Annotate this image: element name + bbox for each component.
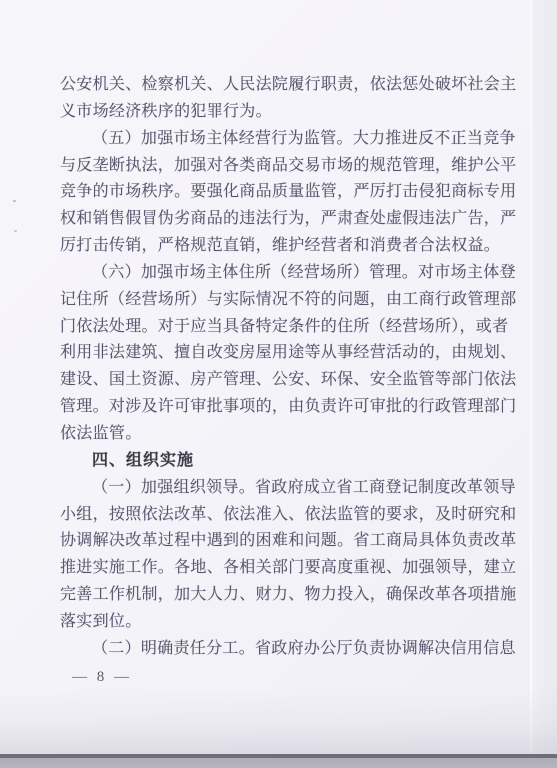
section-heading-organization: 四、组织实施 bbox=[60, 448, 530, 475]
page-number: — 8 — bbox=[72, 668, 132, 686]
paragraph-start-item-1: （一）加强组织领导。省政府成立省工商登记制度改革领导 bbox=[60, 475, 530, 502]
text-line: 落实到位。 bbox=[60, 609, 530, 636]
paragraph-start-item-6: （六）加强市场主体住所（经营场所）管理。对市场主体登 bbox=[60, 260, 530, 287]
text-line: 管理。对涉及许可审批事项的，由负责许可审批的行政管理部门 bbox=[60, 394, 530, 421]
document-body: 公安机关、检察机关、人民法院履行职责，依法惩处破坏社会主 义市场经济秩序的犯罪行… bbox=[60, 72, 530, 663]
text-line: 竞争的市场秩序。要强化商品质量监管，严厉打击侵犯商标专用 bbox=[60, 179, 530, 206]
text-line: 厉打击传销，严格规范直销，维护经营者和消费者合法权益。 bbox=[60, 233, 530, 260]
text-line: 门依法处理。对于应当具备特定条件的住所（经营场所），或者 bbox=[60, 314, 530, 341]
text-line: 建设、国土资源、房产管理、公安、环保、安全监管等部门依法 bbox=[60, 367, 530, 394]
text-line: 小组，按照依法改革、依法准入、依法监管的要求，及时研究和 bbox=[60, 502, 530, 529]
scanned-document-page: 公安机关、检察机关、人民法院履行职责，依法惩处破坏社会主 义市场经济秩序的犯罪行… bbox=[0, 0, 557, 768]
text-line: 利用非法建筑、擅自改变房屋用途等从事经营活动的，由规划、 bbox=[60, 340, 530, 367]
text-line: 公安机关、检察机关、人民法院履行职责，依法惩处破坏社会主 bbox=[60, 72, 530, 99]
paragraph-start-item-5: （五）加强市场主体经营行为监管。大力推进反不正当竞争 bbox=[60, 126, 530, 153]
text-line: 与反垄断执法，加强对各类商品交易市场的规范管理，维护公平 bbox=[60, 153, 530, 180]
text-line: 依法监管。 bbox=[60, 421, 530, 448]
text-line: 协调解决改革过程中遇到的困难和问题。省工商局具体负责改革 bbox=[60, 528, 530, 555]
text-line: 完善工作机制，加大人力、财力、物力投入，确保改革各项措施 bbox=[60, 582, 530, 609]
text-line: 义市场经济秩序的犯罪行为。 bbox=[60, 99, 530, 126]
scanner-bed-strip bbox=[0, 758, 557, 768]
text-line: 推进实施工作。各地、各相关部门要高度重视、加强领导，建立 bbox=[60, 555, 530, 582]
text-line: 记住所（经营场所）与实际情况不符的问题，由工商行政管理部 bbox=[60, 287, 530, 314]
scan-speck bbox=[14, 230, 17, 232]
paragraph-start-item-2: （二）明确责任分工。省政府办公厅负责协调解决信用信息 bbox=[60, 636, 530, 663]
text-line: 权和销售假冒伪劣商品的违法行为，严肃查处虚假违法广告，严 bbox=[60, 206, 530, 233]
paper-right-edge bbox=[530, 0, 557, 755]
scan-speck bbox=[13, 200, 16, 202]
paper-bottom-shadow bbox=[0, 688, 557, 755]
